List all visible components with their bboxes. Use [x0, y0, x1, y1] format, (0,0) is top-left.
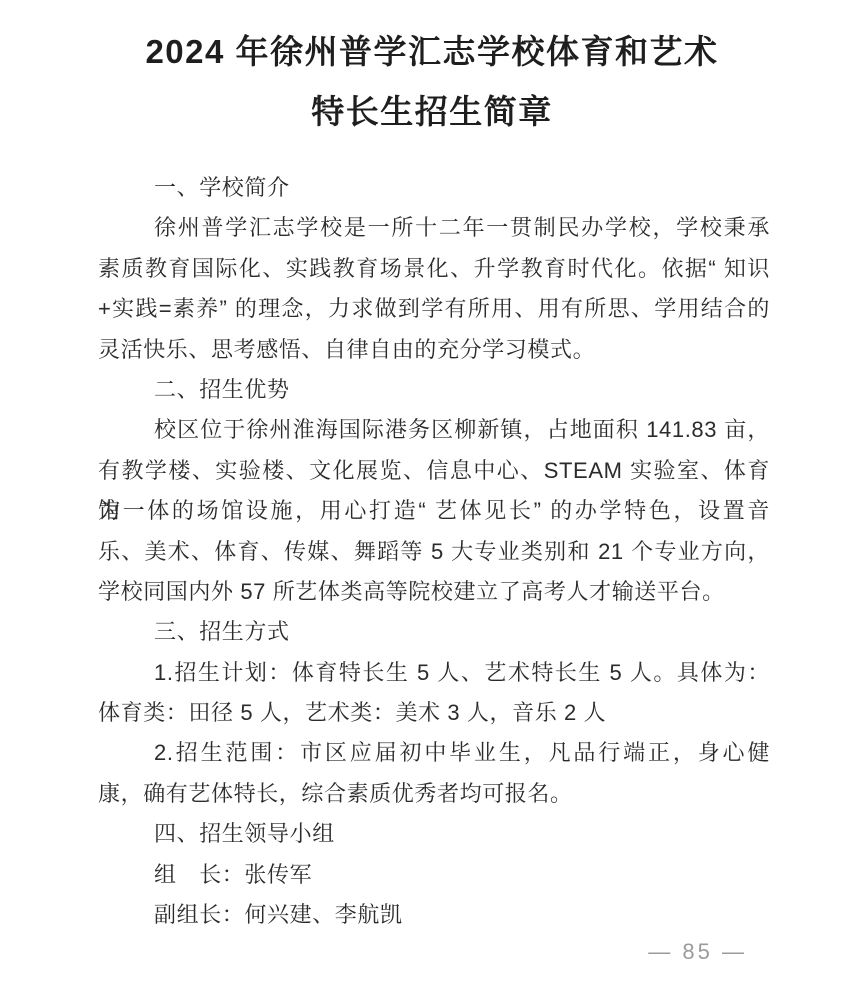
document-line: 2.招生范围：市区应届初中毕业生，凡品行端正，身心健 — [98, 733, 770, 773]
document-line: 二、招生优势 — [98, 370, 770, 410]
document-line: 三、招生方式 — [98, 612, 770, 652]
document-line: 康，确有艺体特长，综合素质优秀者均可报名。 — [98, 774, 770, 814]
title-line-1: 2024 年徐州普学汇志学校体育和艺术 — [0, 22, 864, 82]
document-line: 学校同国内外 57 所艺体类高等院校建立了高考人才输送平台。 — [98, 572, 770, 612]
document-line: 一、学校简介 — [98, 168, 770, 208]
document-line: 体育类：田径 5 人，艺术类：美术 3 人，音乐 2 人 — [98, 693, 770, 733]
document-line: 1.招生计划：体育特长生 5 人、艺术特长生 5 人。具体为： — [98, 653, 770, 693]
document-line: 乐、美术、体育、传媒、舞蹈等 5 大专业类别和 21 个专业方向， — [98, 532, 770, 572]
document-line: 校区位于徐州淮海国际港务区柳新镇，占地面积 141.83 亩， — [98, 410, 770, 450]
document-line: 灵活快乐、思考感悟、自律自由的充分学习模式。 — [98, 330, 770, 370]
document-page: 2024 年徐州普学汇志学校体育和艺术 特长生招生简章 一、学校简介徐州普学汇志… — [0, 0, 864, 984]
document-line: 组 长：张传军 — [98, 855, 770, 895]
document-line: 为一体的场馆设施，用心打造“ 艺体见长” 的办学特色，设置音 — [98, 491, 770, 531]
document-line: 四、招生领导小组 — [98, 814, 770, 854]
document-line: +实践=素养” 的理念，力求做到学有所用、用有所思、学用结合的 — [98, 289, 770, 329]
page-number: — 85 — — [648, 938, 747, 966]
document-line: 副组长：何兴建、李航凯 — [98, 895, 770, 935]
document-line: 有教学楼、实验楼、文化展览、信息中心、STEAM 实验室、体育馆 — [98, 451, 770, 491]
document-title: 2024 年徐州普学汇志学校体育和艺术 特长生招生简章 — [0, 22, 864, 142]
title-line-2: 特长生招生简章 — [0, 82, 864, 142]
document-line: 徐州普学汇志学校是一所十二年一贯制民办学校，学校秉承 — [98, 208, 770, 248]
document-body: 一、学校简介徐州普学汇志学校是一所十二年一贯制民办学校，学校秉承素质教育国际化、… — [98, 168, 770, 935]
document-line: 素质教育国际化、实践教育场景化、升学教育时代化。依据“ 知识 — [98, 249, 770, 289]
